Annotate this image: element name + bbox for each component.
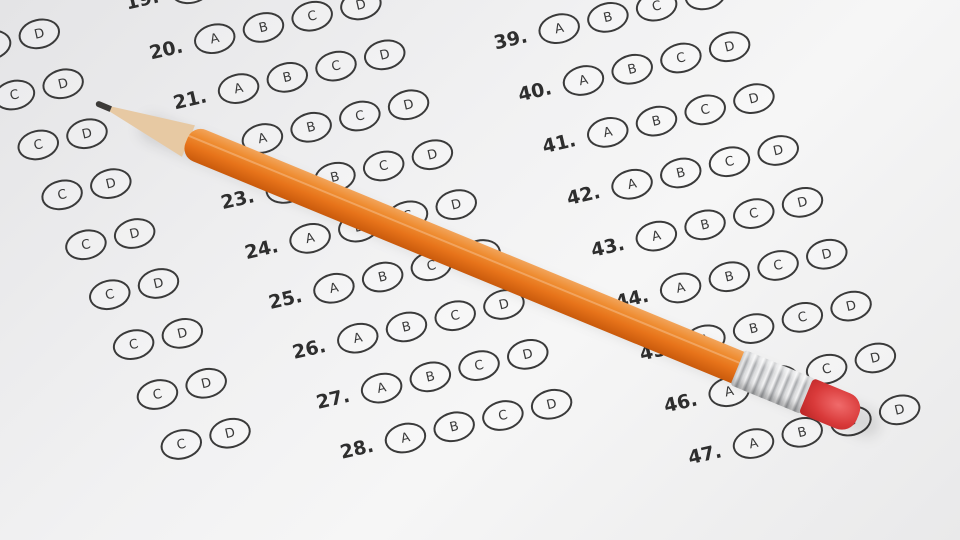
bubble-a[interactable]: A [560, 61, 608, 100]
bubble-d[interactable]: D [754, 131, 802, 170]
bubble-d[interactable]: D [706, 27, 754, 66]
bubble-c[interactable]: C [657, 39, 705, 78]
answer-row: CD [157, 412, 261, 464]
bubble-b[interactable]: B [240, 8, 288, 47]
bubble-a[interactable]: A [657, 269, 705, 308]
bubble-c[interactable]: C [0, 26, 14, 65]
bubble-c[interactable]: C [312, 47, 360, 86]
answer-row: CD [110, 312, 214, 364]
bubble-d[interactable]: D [135, 264, 183, 303]
question-number: 40. [506, 77, 554, 108]
bubble-c[interactable]: C [681, 91, 729, 130]
bubble-a[interactable]: A [358, 369, 406, 408]
question-number: 23. [209, 185, 257, 216]
bubble-c[interactable]: C [633, 0, 681, 25]
bubble-b[interactable]: B [287, 108, 335, 147]
bubble-d[interactable]: D [432, 185, 480, 224]
bubble-c[interactable]: C [0, 76, 38, 115]
bubble-b[interactable]: B [608, 50, 656, 89]
bubble-a[interactable]: A [382, 419, 430, 458]
bubble-b[interactable]: B [706, 257, 754, 296]
bubble-b[interactable]: B [383, 308, 431, 347]
bubble-d[interactable]: D [337, 0, 385, 24]
bubble-d[interactable]: D [206, 414, 254, 453]
question-number: 39. [482, 25, 530, 56]
question-number: 46. [652, 388, 700, 419]
bubble-d[interactable]: D [15, 15, 63, 54]
bubble-d[interactable]: D [852, 339, 900, 378]
bubble-c[interactable]: C [86, 275, 134, 314]
bubble-c[interactable]: C [730, 194, 778, 233]
question-number: 21. [161, 85, 209, 116]
bubble-c[interactable]: C [288, 0, 336, 36]
question-number: 41. [530, 129, 578, 160]
answer-row: CD [0, 63, 95, 115]
bubble-d[interactable]: D [682, 0, 730, 14]
bubble-b[interactable]: B [263, 58, 311, 97]
bubble-b[interactable]: B [359, 258, 407, 297]
answer-row: CD [38, 162, 142, 214]
bubble-d[interactable]: D [730, 79, 778, 118]
bubble-d[interactable]: D [504, 335, 552, 374]
answer-row: CD [134, 362, 238, 414]
bubble-a[interactable]: A [286, 219, 334, 258]
bubble-a[interactable]: A [334, 319, 382, 358]
bubble-c[interactable]: C [360, 147, 408, 186]
bubble-c[interactable]: C [38, 176, 86, 215]
bubble-c[interactable]: C [336, 97, 384, 136]
bubble-c[interactable]: C [157, 425, 205, 464]
bubble-a[interactable]: A [608, 165, 656, 204]
bubble-d[interactable]: D [409, 135, 457, 174]
bubble-c[interactable]: C [110, 325, 158, 364]
bubble-b[interactable]: B [430, 407, 478, 446]
bubble-b[interactable]: B [633, 102, 681, 141]
question-number: 43. [579, 233, 627, 264]
bubble-c[interactable]: C [779, 298, 827, 337]
bubble-c[interactable]: C [754, 246, 802, 285]
bubble-a[interactable]: A [215, 69, 263, 108]
bubble-d[interactable]: D [528, 385, 576, 424]
bubble-a[interactable]: A [535, 9, 583, 48]
question-number: 19. [113, 0, 161, 17]
bubble-a[interactable]: A [584, 113, 632, 152]
bubble-d[interactable]: D [39, 64, 87, 103]
bubble-d[interactable]: D [111, 214, 159, 253]
question-number: 20. [137, 35, 185, 66]
bubble-c[interactable]: C [134, 375, 182, 414]
bubble-c[interactable]: C [14, 126, 62, 165]
answer-row: CD [62, 212, 166, 264]
bubble-d[interactable]: D [385, 85, 433, 124]
bubble-a[interactable]: A [310, 269, 358, 308]
bubble-d[interactable]: D [803, 235, 851, 274]
bubble-a[interactable]: A [167, 0, 215, 8]
bubble-d[interactable]: D [87, 164, 135, 203]
bubble-d[interactable]: D [159, 314, 207, 353]
bubble-c[interactable]: C [479, 396, 527, 435]
bubble-a[interactable]: A [191, 19, 239, 58]
bubble-d[interactable]: D [182, 364, 230, 403]
bubble-d[interactable]: D [827, 287, 875, 326]
question-number: 27. [304, 385, 352, 416]
bubble-d[interactable]: D [361, 36, 409, 75]
bubble-b[interactable]: B [657, 154, 705, 193]
answer-row: CD [0, 13, 71, 65]
question-number: 24. [233, 235, 281, 266]
question-number: 38. [457, 0, 505, 5]
bubble-b[interactable]: B [407, 358, 455, 397]
question-number: 42. [555, 181, 603, 212]
question-number: 28. [328, 435, 376, 466]
bubble-c[interactable]: C [455, 346, 503, 385]
bubble-c[interactable]: C [706, 142, 754, 181]
bubble-b[interactable]: B [730, 309, 778, 348]
bubble-a[interactable]: A [633, 217, 681, 256]
answer-row: CD [86, 262, 190, 314]
bubble-b[interactable]: B [681, 206, 729, 245]
bubble-a[interactable]: A [730, 424, 778, 463]
question-number: 26. [280, 335, 328, 366]
question-number: 47. [676, 440, 724, 471]
bubble-b[interactable]: B [584, 0, 632, 37]
bubble-c[interactable]: C [431, 296, 479, 335]
bubble-d[interactable]: D [779, 183, 827, 222]
question-number: 25. [256, 285, 304, 316]
bubble-c[interactable]: C [62, 225, 110, 264]
